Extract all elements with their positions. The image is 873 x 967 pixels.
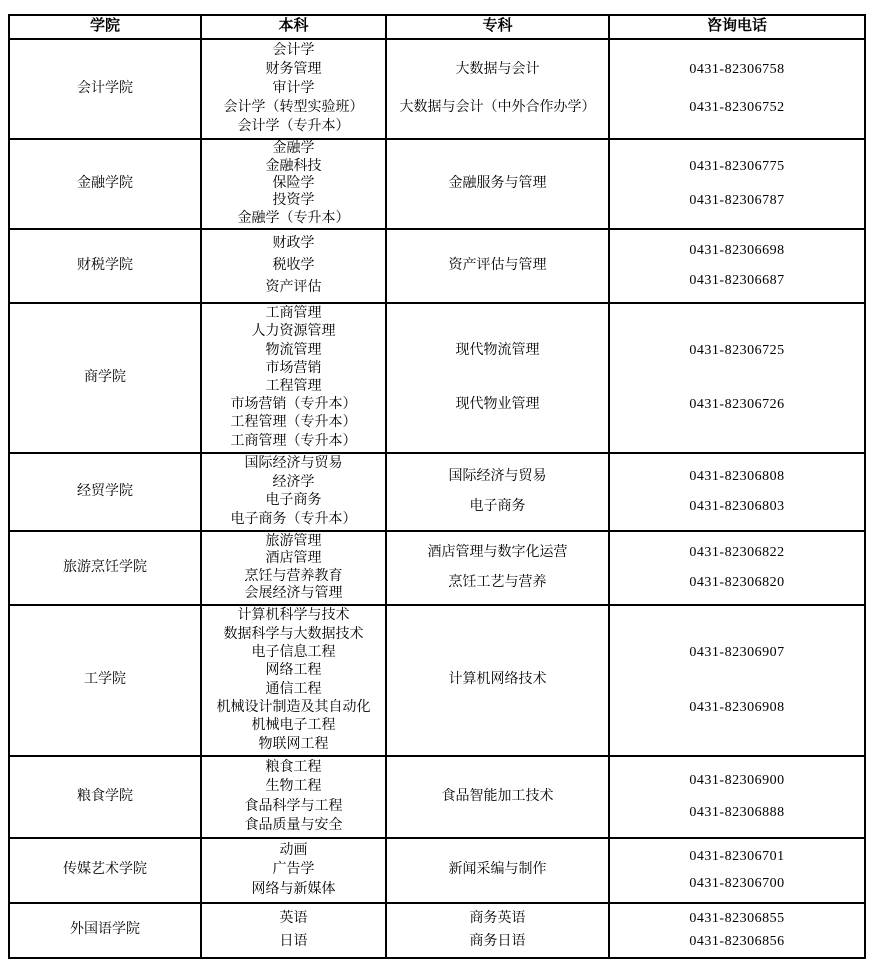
vocational-program: 电子商务	[470, 499, 526, 515]
undergraduate-programs: 动画广告学网络与新媒体	[202, 839, 387, 902]
college-name-text: 外国语学院	[70, 922, 140, 938]
phone-numbers: 0431-823069000431-82306888	[610, 757, 864, 837]
undergraduate-program: 金融科技	[266, 159, 322, 175]
vocational-programs: 食品智能加工技术	[387, 757, 610, 837]
phone-number: 0431-82306900	[689, 773, 784, 789]
undergraduate-program: 计算机科学与技术	[238, 608, 350, 624]
programs-table: 学院 本科 专科 咨询电话 会计学院 会计学财务管理审计学会计学（转型实验班）会…	[8, 14, 866, 959]
vocational-programs: 酒店管理与数字化运营烹饪工艺与营养	[387, 532, 610, 604]
phone-number: 0431-82306752	[689, 100, 784, 116]
college-name-text: 会计学院	[77, 81, 133, 97]
undergraduate-program: 工程管理	[266, 379, 322, 395]
undergraduate-program: 英语	[280, 911, 308, 927]
phone-number: 0431-82306758	[689, 62, 784, 78]
vocational-program: 大数据与会计（中外合作办学）	[400, 100, 596, 116]
undergraduate-programs: 计算机科学与技术数据科学与大数据技术电子信息工程网络工程通信工程机械设计制造及其…	[202, 606, 387, 755]
college-name: 会计学院	[10, 40, 202, 138]
phone-numbers: 0431-823067250431-82306726	[610, 304, 864, 452]
college-name: 财税学院	[10, 230, 202, 302]
undergraduate-program: 保险学	[273, 176, 315, 192]
phone-numbers: 0431-823067580431-82306752	[610, 40, 864, 138]
undergraduate-program: 电子商务（专升本）	[231, 512, 357, 528]
undergraduate-program: 财务管理	[266, 62, 322, 78]
vocational-programs: 计算机网络技术	[387, 606, 610, 755]
phone-number: 0431-82306700	[689, 876, 784, 892]
undergraduate-programs: 工商管理人力资源管理物流管理市场营销工程管理市场营销（专升本）工程管理（专升本）…	[202, 304, 387, 452]
undergraduate-program: 会展经济与管理	[245, 586, 343, 602]
college-name: 传媒艺术学院	[10, 839, 202, 902]
undergraduate-program: 动画	[280, 843, 308, 859]
phone-number: 0431-82306908	[689, 700, 784, 716]
vocational-program: 商务英语	[470, 911, 526, 927]
vocational-programs: 大数据与会计大数据与会计（中外合作办学）	[387, 40, 610, 138]
undergraduate-program: 网络与新媒体	[252, 882, 336, 898]
vocational-programs: 金融服务与管理	[387, 140, 610, 228]
vocational-program: 烹饪工艺与营养	[449, 575, 547, 591]
vocational-program: 国际经济与贸易	[449, 469, 547, 485]
vocational-program: 酒店管理与数字化运营	[428, 545, 568, 561]
header-undergraduate: 本科	[202, 16, 387, 38]
vocational-program: 资产评估与管理	[449, 258, 547, 274]
phone-number: 0431-82306698	[689, 243, 784, 259]
undergraduate-program: 税收学	[273, 258, 315, 274]
header-phone: 咨询电话	[610, 16, 864, 38]
undergraduate-program: 会计学	[273, 43, 315, 59]
undergraduate-program: 审计学	[273, 81, 315, 97]
undergraduate-program: 工程管理（专升本）	[231, 415, 357, 431]
phone-number: 0431-82306775	[689, 159, 784, 175]
undergraduate-program: 食品质量与安全	[245, 818, 343, 834]
undergraduate-program: 投资学	[273, 193, 315, 209]
undergraduate-program: 会计学（转型实验班）	[224, 100, 364, 116]
undergraduate-programs: 财政学税收学资产评估	[202, 230, 387, 302]
undergraduate-program: 生物工程	[266, 779, 322, 795]
table-row: 经贸学院 国际经济与贸易经济学电子商务电子商务（专升本） 国际经济与贸易电子商务…	[10, 454, 864, 532]
table-row: 商学院 工商管理人力资源管理物流管理市场营销工程管理市场营销（专升本）工程管理（…	[10, 304, 864, 454]
table-row: 财税学院 财政学税收学资产评估 资产评估与管理 0431-82306698043…	[10, 230, 864, 304]
undergraduate-program: 通信工程	[266, 682, 322, 698]
undergraduate-program: 数据科学与大数据技术	[224, 627, 364, 643]
vocational-program: 商务日语	[470, 934, 526, 950]
phone-number: 0431-82306803	[689, 499, 784, 515]
phone-number: 0431-82306855	[689, 911, 784, 927]
table-row: 传媒艺术学院 动画广告学网络与新媒体 新闻采编与制作 0431-82306701…	[10, 839, 864, 904]
phone-numbers: 0431-823067750431-82306787	[610, 140, 864, 228]
table-row: 会计学院 会计学财务管理审计学会计学（转型实验班）会计学（专升本） 大数据与会计…	[10, 40, 864, 140]
college-name: 工学院	[10, 606, 202, 755]
undergraduate-program: 旅游管理	[266, 534, 322, 550]
undergraduate-programs: 金融学金融科技保险学投资学金融学（专升本）	[202, 140, 387, 228]
phone-numbers: 0431-823066980431-82306687	[610, 230, 864, 302]
phone-number: 0431-82306701	[689, 849, 784, 865]
undergraduate-programs: 会计学财务管理审计学会计学（转型实验班）会计学（专升本）	[202, 40, 387, 138]
vocational-program: 现代物流管理	[456, 343, 540, 359]
phone-number: 0431-82306787	[689, 193, 784, 209]
phone-numbers: 0431-823069070431-82306908	[610, 606, 864, 755]
phone-numbers: 0431-823067010431-82306700	[610, 839, 864, 902]
phone-number: 0431-82306687	[689, 273, 784, 289]
table-row: 旅游烹饪学院 旅游管理酒店管理烹饪与营养教育会展经济与管理 酒店管理与数字化运营…	[10, 532, 864, 606]
college-name: 粮食学院	[10, 757, 202, 837]
college-name-text: 传媒艺术学院	[63, 862, 147, 878]
undergraduate-program: 工商管理（专升本）	[231, 434, 357, 450]
table-row: 外国语学院 英语日语 商务英语商务日语 0431-823068550431-82…	[10, 904, 864, 957]
phone-numbers: 0431-823068220431-82306820	[610, 532, 864, 604]
phone-number: 0431-82306822	[689, 545, 784, 561]
college-name-text: 商学院	[84, 370, 126, 386]
college-name: 金融学院	[10, 140, 202, 228]
college-name-text: 经贸学院	[77, 484, 133, 500]
vocational-programs: 现代物流管理现代物业管理	[387, 304, 610, 452]
vocational-programs: 国际经济与贸易电子商务	[387, 454, 610, 530]
college-name-text: 旅游烹饪学院	[63, 560, 147, 576]
undergraduate-program: 日语	[280, 934, 308, 950]
vocational-program: 大数据与会计	[456, 62, 540, 78]
header-vocational: 专科	[387, 16, 610, 38]
table-row: 金融学院 金融学金融科技保险学投资学金融学（专升本） 金融服务与管理 0431-…	[10, 140, 864, 230]
phone-numbers: 0431-823068080431-82306803	[610, 454, 864, 530]
undergraduate-program: 电子商务	[266, 493, 322, 509]
undergraduate-program: 烹饪与营养教育	[245, 569, 343, 585]
undergraduate-program: 会计学（专升本）	[238, 119, 350, 135]
college-name: 旅游烹饪学院	[10, 532, 202, 604]
undergraduate-programs: 粮食工程生物工程食品科学与工程食品质量与安全	[202, 757, 387, 837]
undergraduate-program: 食品科学与工程	[245, 799, 343, 815]
phone-number: 0431-82306856	[689, 934, 784, 950]
undergraduate-program: 市场营销（专升本）	[231, 397, 357, 413]
undergraduate-program: 经济学	[273, 475, 315, 491]
undergraduate-program: 电子信息工程	[252, 645, 336, 661]
undergraduate-program: 广告学	[273, 862, 315, 878]
undergraduate-program: 机械设计制造及其自动化	[217, 700, 371, 716]
phone-number: 0431-82306907	[689, 645, 784, 661]
phone-number: 0431-82306726	[689, 397, 784, 413]
table-header-row: 学院 本科 专科 咨询电话	[10, 16, 864, 40]
undergraduate-program: 酒店管理	[266, 551, 322, 567]
phone-numbers: 0431-823068550431-82306856	[610, 904, 864, 957]
undergraduate-program: 网络工程	[266, 663, 322, 679]
vocational-program: 新闻采编与制作	[449, 862, 547, 878]
undergraduate-program: 财政学	[273, 236, 315, 252]
vocational-programs: 商务英语商务日语	[387, 904, 610, 957]
undergraduate-program: 粮食工程	[266, 760, 322, 776]
undergraduate-program: 金融学（专升本）	[238, 211, 350, 227]
undergraduate-program: 机械电子工程	[252, 718, 336, 734]
phone-number: 0431-82306888	[689, 805, 784, 821]
undergraduate-program: 市场营销	[266, 361, 322, 377]
phone-number: 0431-82306808	[689, 469, 784, 485]
undergraduate-programs: 旅游管理酒店管理烹饪与营养教育会展经济与管理	[202, 532, 387, 604]
undergraduate-program: 资产评估	[266, 280, 322, 296]
college-name: 外国语学院	[10, 904, 202, 957]
vocational-program: 计算机网络技术	[449, 672, 547, 688]
vocational-programs: 资产评估与管理	[387, 230, 610, 302]
undergraduate-program: 工商管理	[266, 306, 322, 322]
table-row: 粮食学院 粮食工程生物工程食品科学与工程食品质量与安全 食品智能加工技术 043…	[10, 757, 864, 839]
vocational-program: 金融服务与管理	[449, 176, 547, 192]
undergraduate-program: 金融学	[273, 141, 315, 157]
undergraduate-program: 国际经济与贸易	[245, 456, 343, 472]
undergraduate-program: 人力资源管理	[252, 324, 336, 340]
header-college: 学院	[10, 16, 202, 38]
vocational-programs: 新闻采编与制作	[387, 839, 610, 902]
undergraduate-programs: 英语日语	[202, 904, 387, 957]
college-name-text: 金融学院	[77, 176, 133, 192]
table-row: 工学院 计算机科学与技术数据科学与大数据技术电子信息工程网络工程通信工程机械设计…	[10, 606, 864, 757]
vocational-program: 现代物业管理	[456, 397, 540, 413]
college-name-text: 财税学院	[77, 258, 133, 274]
undergraduate-program: 物流管理	[266, 343, 322, 359]
vocational-program: 食品智能加工技术	[442, 789, 554, 805]
college-name-text: 粮食学院	[77, 789, 133, 805]
college-name-text: 工学院	[84, 672, 126, 688]
college-name: 商学院	[10, 304, 202, 452]
undergraduate-programs: 国际经济与贸易经济学电子商务电子商务（专升本）	[202, 454, 387, 530]
college-name: 经贸学院	[10, 454, 202, 530]
phone-number: 0431-82306725	[689, 343, 784, 359]
phone-number: 0431-82306820	[689, 575, 784, 591]
undergraduate-program: 物联网工程	[259, 737, 329, 753]
